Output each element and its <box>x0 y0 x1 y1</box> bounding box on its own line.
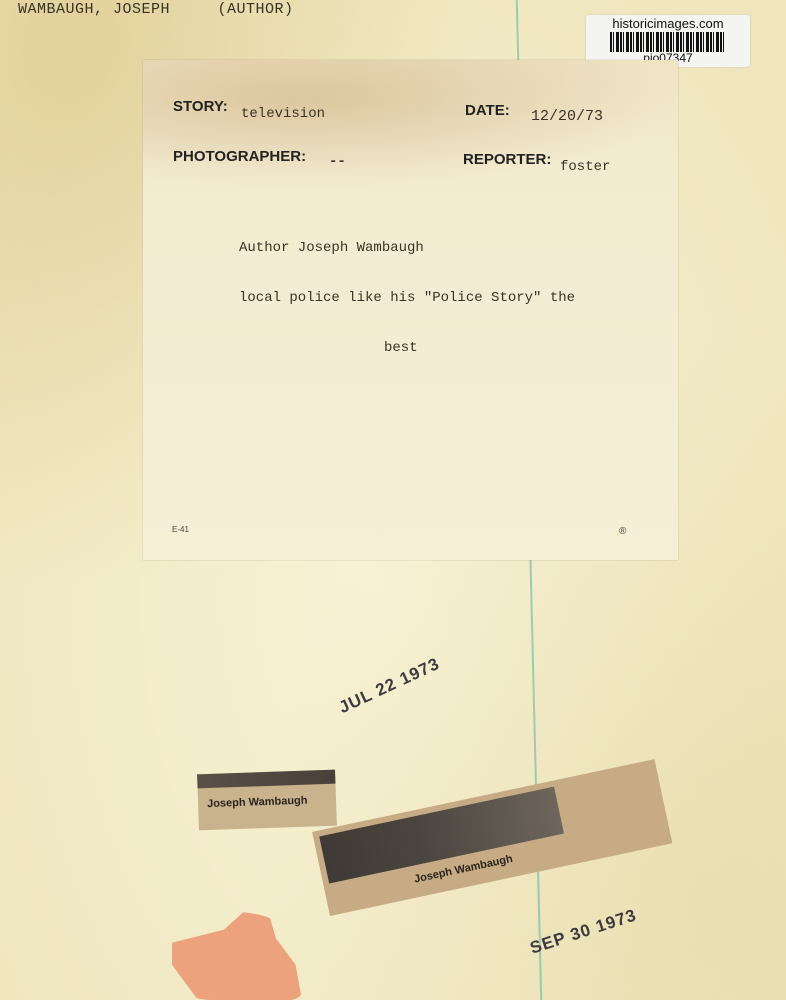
date-value: 12/20/73 <box>531 108 603 125</box>
reporter-value: foster <box>560 159 610 175</box>
caption-line-1: Author Joseph Wambaugh <box>239 240 424 256</box>
date-label: DATE: <box>465 102 510 119</box>
file-header: WAMBAUGH, JOSEPH (AUTHOR) <box>18 1 332 18</box>
union-mark-icon: ® <box>619 526 626 537</box>
photographer-label: PHOTOGRAPHER: <box>173 148 306 165</box>
subject-role: (AUTHOR) <box>218 1 294 18</box>
form-code: E-41 <box>172 525 189 534</box>
name-clipping-large: Joseph Wambaugh <box>312 759 672 916</box>
name-clipping-small: Joseph Wambaugh <box>197 770 337 831</box>
barcode-icon <box>610 32 726 52</box>
subject-name: WAMBAUGH, JOSEPH <box>18 1 170 18</box>
date-stamp-sep: SEP 30 1973 <box>528 905 640 958</box>
photographer-value: -- <box>329 154 346 170</box>
label-site: historicimages.com <box>586 16 750 31</box>
date-stamp-jul: JUL 22 1973 <box>336 654 443 718</box>
clipping-name: Joseph Wambaugh <box>207 795 308 810</box>
story-card: STORY: television DATE: 12/20/73 PHOTOGR… <box>143 60 678 560</box>
story-value: television <box>241 106 325 122</box>
clipping-photo-strip <box>197 770 335 789</box>
caption-line-3: best <box>384 340 418 356</box>
orange-stain <box>172 912 302 1000</box>
reporter-label: REPORTER: <box>463 151 551 168</box>
caption-line-2: local police like his "Police Story" the <box>239 290 575 306</box>
story-label: STORY: <box>173 98 228 115</box>
